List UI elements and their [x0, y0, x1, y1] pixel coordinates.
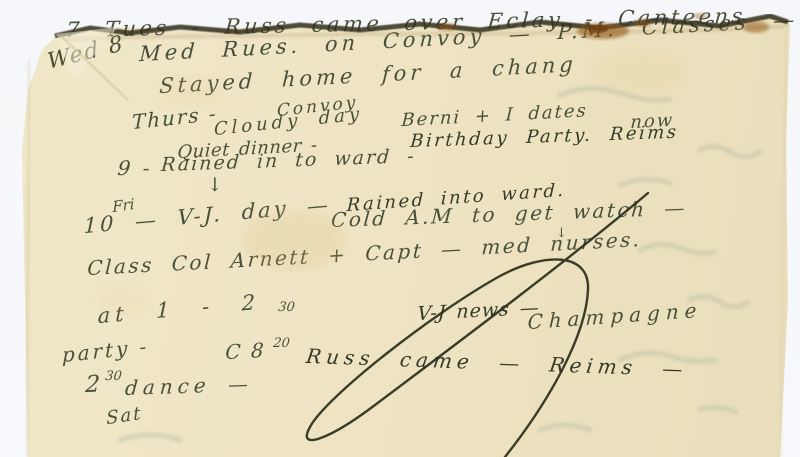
vj-news-note: V-J news —	[417, 297, 541, 326]
scan-background: 7 Tues - Russ came over Eclay - Canteens…	[0, 0, 800, 457]
handwriting-layer: 7 Tues - Russ came over Eclay - Canteens…	[0, 0, 800, 457]
champagne-note: Champagne	[527, 298, 703, 334]
down-arrow-icon: ↓	[207, 174, 223, 196]
class-arnett-line: Class Col Arnett + Capt — med nurses.	[87, 227, 643, 280]
at-1-2-note: at 1 - 2	[98, 290, 261, 328]
dance-note: dance —	[124, 372, 254, 401]
russ-came-reims-note: Russ came — Reims —	[305, 344, 689, 381]
party-label: party -	[62, 334, 149, 367]
c-8-note: C 8	[225, 338, 267, 364]
sup-30-first: 30	[277, 300, 295, 315]
thurs-label: Thurs -	[132, 101, 218, 134]
sat-label: Sat	[106, 403, 143, 429]
two-label: 2	[85, 371, 101, 398]
day-9-label: 9 -	[116, 156, 153, 180]
sup-30-second: 30	[104, 369, 122, 384]
sup-20: 20	[272, 336, 290, 351]
